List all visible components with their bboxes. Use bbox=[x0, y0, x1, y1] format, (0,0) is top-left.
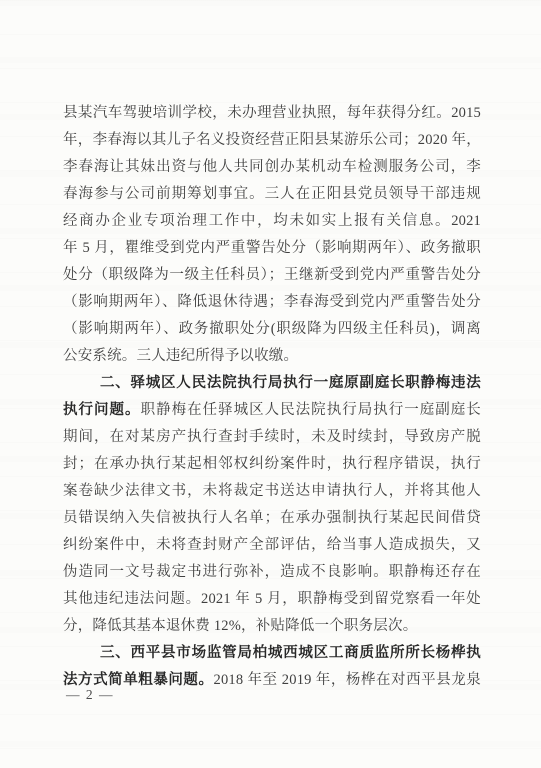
body-text-segment: 2018 年至 2019 年，杨桦在对西平县龙泉 bbox=[214, 672, 481, 688]
document-line: 公安系统。三人违纪所得予以收缴。 bbox=[63, 343, 481, 370]
document-line: （影响期两年）、政务撤职处分(职级降为四级主任科员)，调离 bbox=[63, 316, 481, 343]
body-text-segment: 县某汽车驾驶培训学校，未办理营业执照，每年获得分红。2015 bbox=[63, 105, 481, 121]
document-body: 县某汽车驾驶培训学校，未办理营业执照，每年获得分红。2015年，李春海以其儿子名… bbox=[63, 100, 481, 694]
body-text-segment: 处分（职级降为一级主任科员）；王继新受到党内严重警告处分 bbox=[63, 267, 481, 283]
body-text-segment: 春海参与公司前期筹划事宜。三人在正阳县党员领导干部违规 bbox=[63, 186, 481, 202]
page-number: — 2 — bbox=[66, 687, 114, 703]
heading-text-segment: 执行问题。 bbox=[63, 402, 141, 418]
body-text-segment: 期间，在对某房产执行查封手续时，未及时续封，导致房产脱 bbox=[63, 429, 481, 445]
document-line: 年 5 月，瞿维受到党内严重警告处分（影响期两年）、政务撤职 bbox=[63, 235, 481, 262]
document-line: 伪造同一文号裁定书进行弥补，造成不良影响。职静梅还存在 bbox=[63, 559, 481, 586]
body-text-segment: 封；在承办执行某起相邻权纠纷案件时，执行程序错误，执行 bbox=[63, 456, 481, 472]
heading-text-segment: 三、西平县市场监管局柏城西城区工商质监所所长杨桦执 bbox=[100, 645, 481, 661]
document-line: （影响期两年）、降低退休待遇；李春海受到党内严重警告处分 bbox=[63, 289, 481, 316]
body-text-segment: 职静梅在任驿城区人民法院执行局执行一庭副庭长 bbox=[141, 402, 481, 418]
body-text-segment: 纠纷案件中，未将查封财产全部评估，给当事人造成损失，又 bbox=[63, 537, 481, 553]
document-line: 年，李春海以其儿子名义投资经营正阳县某游乐公司；2020 年， bbox=[63, 127, 481, 154]
document-page: 县某汽车驾驶培训学校，未办理营业执照，每年获得分红。2015年，李春海以其儿子名… bbox=[0, 0, 541, 768]
document-line: 期间，在对某房产执行查封手续时，未及时续封，导致房产脱 bbox=[63, 424, 481, 451]
body-text-segment: 员错误纳入失信被执行人名单；在承办强制执行某起民间借贷 bbox=[63, 510, 481, 526]
body-text-segment: 伪造同一文号裁定书进行弥补，造成不良影响。职静梅还存在 bbox=[63, 564, 481, 580]
document-line: 纠纷案件中，未将查封财产全部评估，给当事人造成损失，又 bbox=[63, 532, 481, 559]
document-line: 员错误纳入失信被执行人名单；在承办强制执行某起民间借贷 bbox=[63, 505, 481, 532]
body-text-segment: 年，李春海以其儿子名义投资经营正阳县某游乐公司；2020 年， bbox=[63, 132, 481, 148]
document-line: 处分（职级降为一级主任科员）；王继新受到党内严重警告处分 bbox=[63, 262, 481, 289]
body-text-segment: （影响期两年）、政务撤职处分(职级降为四级主任科员)，调离 bbox=[63, 321, 481, 337]
document-line: 县某汽车驾驶培训学校，未办理营业执照，每年获得分红。2015 bbox=[63, 100, 481, 127]
document-line: 二、驿城区人民法院执行局执行一庭原副庭长职静梅违法 bbox=[63, 370, 481, 397]
document-line: 法方式简单粗暴问题。2018 年至 2019 年，杨桦在对西平县龙泉 bbox=[63, 667, 481, 694]
document-line: 其他违纪违法问题。2021 年 5 月，职静梅受到留党察看一年处 bbox=[63, 586, 481, 613]
body-text-segment: 公安系统。三人违纪所得予以收缴。 bbox=[63, 348, 298, 364]
body-text-segment: 分，降低其基本退休费 12%，补贴降低一个职务层次。 bbox=[63, 618, 417, 634]
document-line: 三、西平县市场监管局柏城西城区工商质监所所长杨桦执 bbox=[63, 640, 481, 667]
body-text-segment: 经商办企业专项治理工作中，均未如实上报有关信息。2021 bbox=[63, 213, 481, 229]
document-line: 李春海让其妹出资与他人共同创办某机动车检测服务公司，李 bbox=[63, 154, 481, 181]
body-text-segment: （影响期两年）、降低退休待遇；李春海受到党内严重警告处分 bbox=[63, 294, 481, 310]
document-line: 执行问题。职静梅在任驿城区人民法院执行局执行一庭副庭长 bbox=[63, 397, 481, 424]
body-text-segment: 年 5 月，瞿维受到党内严重警告处分（影响期两年）、政务撤职 bbox=[63, 240, 481, 256]
document-line: 春海参与公司前期筹划事宜。三人在正阳县党员领导干部违规 bbox=[63, 181, 481, 208]
body-text-segment: 案卷缺少法律文书，未将裁定书送达申请执行人，并将其他人 bbox=[63, 483, 481, 499]
document-line: 经商办企业专项治理工作中，均未如实上报有关信息。2021 bbox=[63, 208, 481, 235]
body-text-segment: 其他违纪违法问题。2021 年 5 月，职静梅受到留党察看一年处 bbox=[63, 591, 481, 607]
document-line: 封；在承办执行某起相邻权纠纷案件时，执行程序错误，执行 bbox=[63, 451, 481, 478]
document-line: 案卷缺少法律文书，未将裁定书送达申请执行人，并将其他人 bbox=[63, 478, 481, 505]
document-line: 分，降低其基本退休费 12%，补贴降低一个职务层次。 bbox=[63, 613, 481, 640]
heading-text-segment: 二、驿城区人民法院执行局执行一庭原副庭长职静梅违法 bbox=[100, 375, 481, 391]
heading-text-segment: 法方式简单粗暴问题。 bbox=[63, 672, 214, 688]
body-text-segment: 李春海让其妹出资与他人共同创办某机动车检测服务公司，李 bbox=[63, 159, 481, 175]
